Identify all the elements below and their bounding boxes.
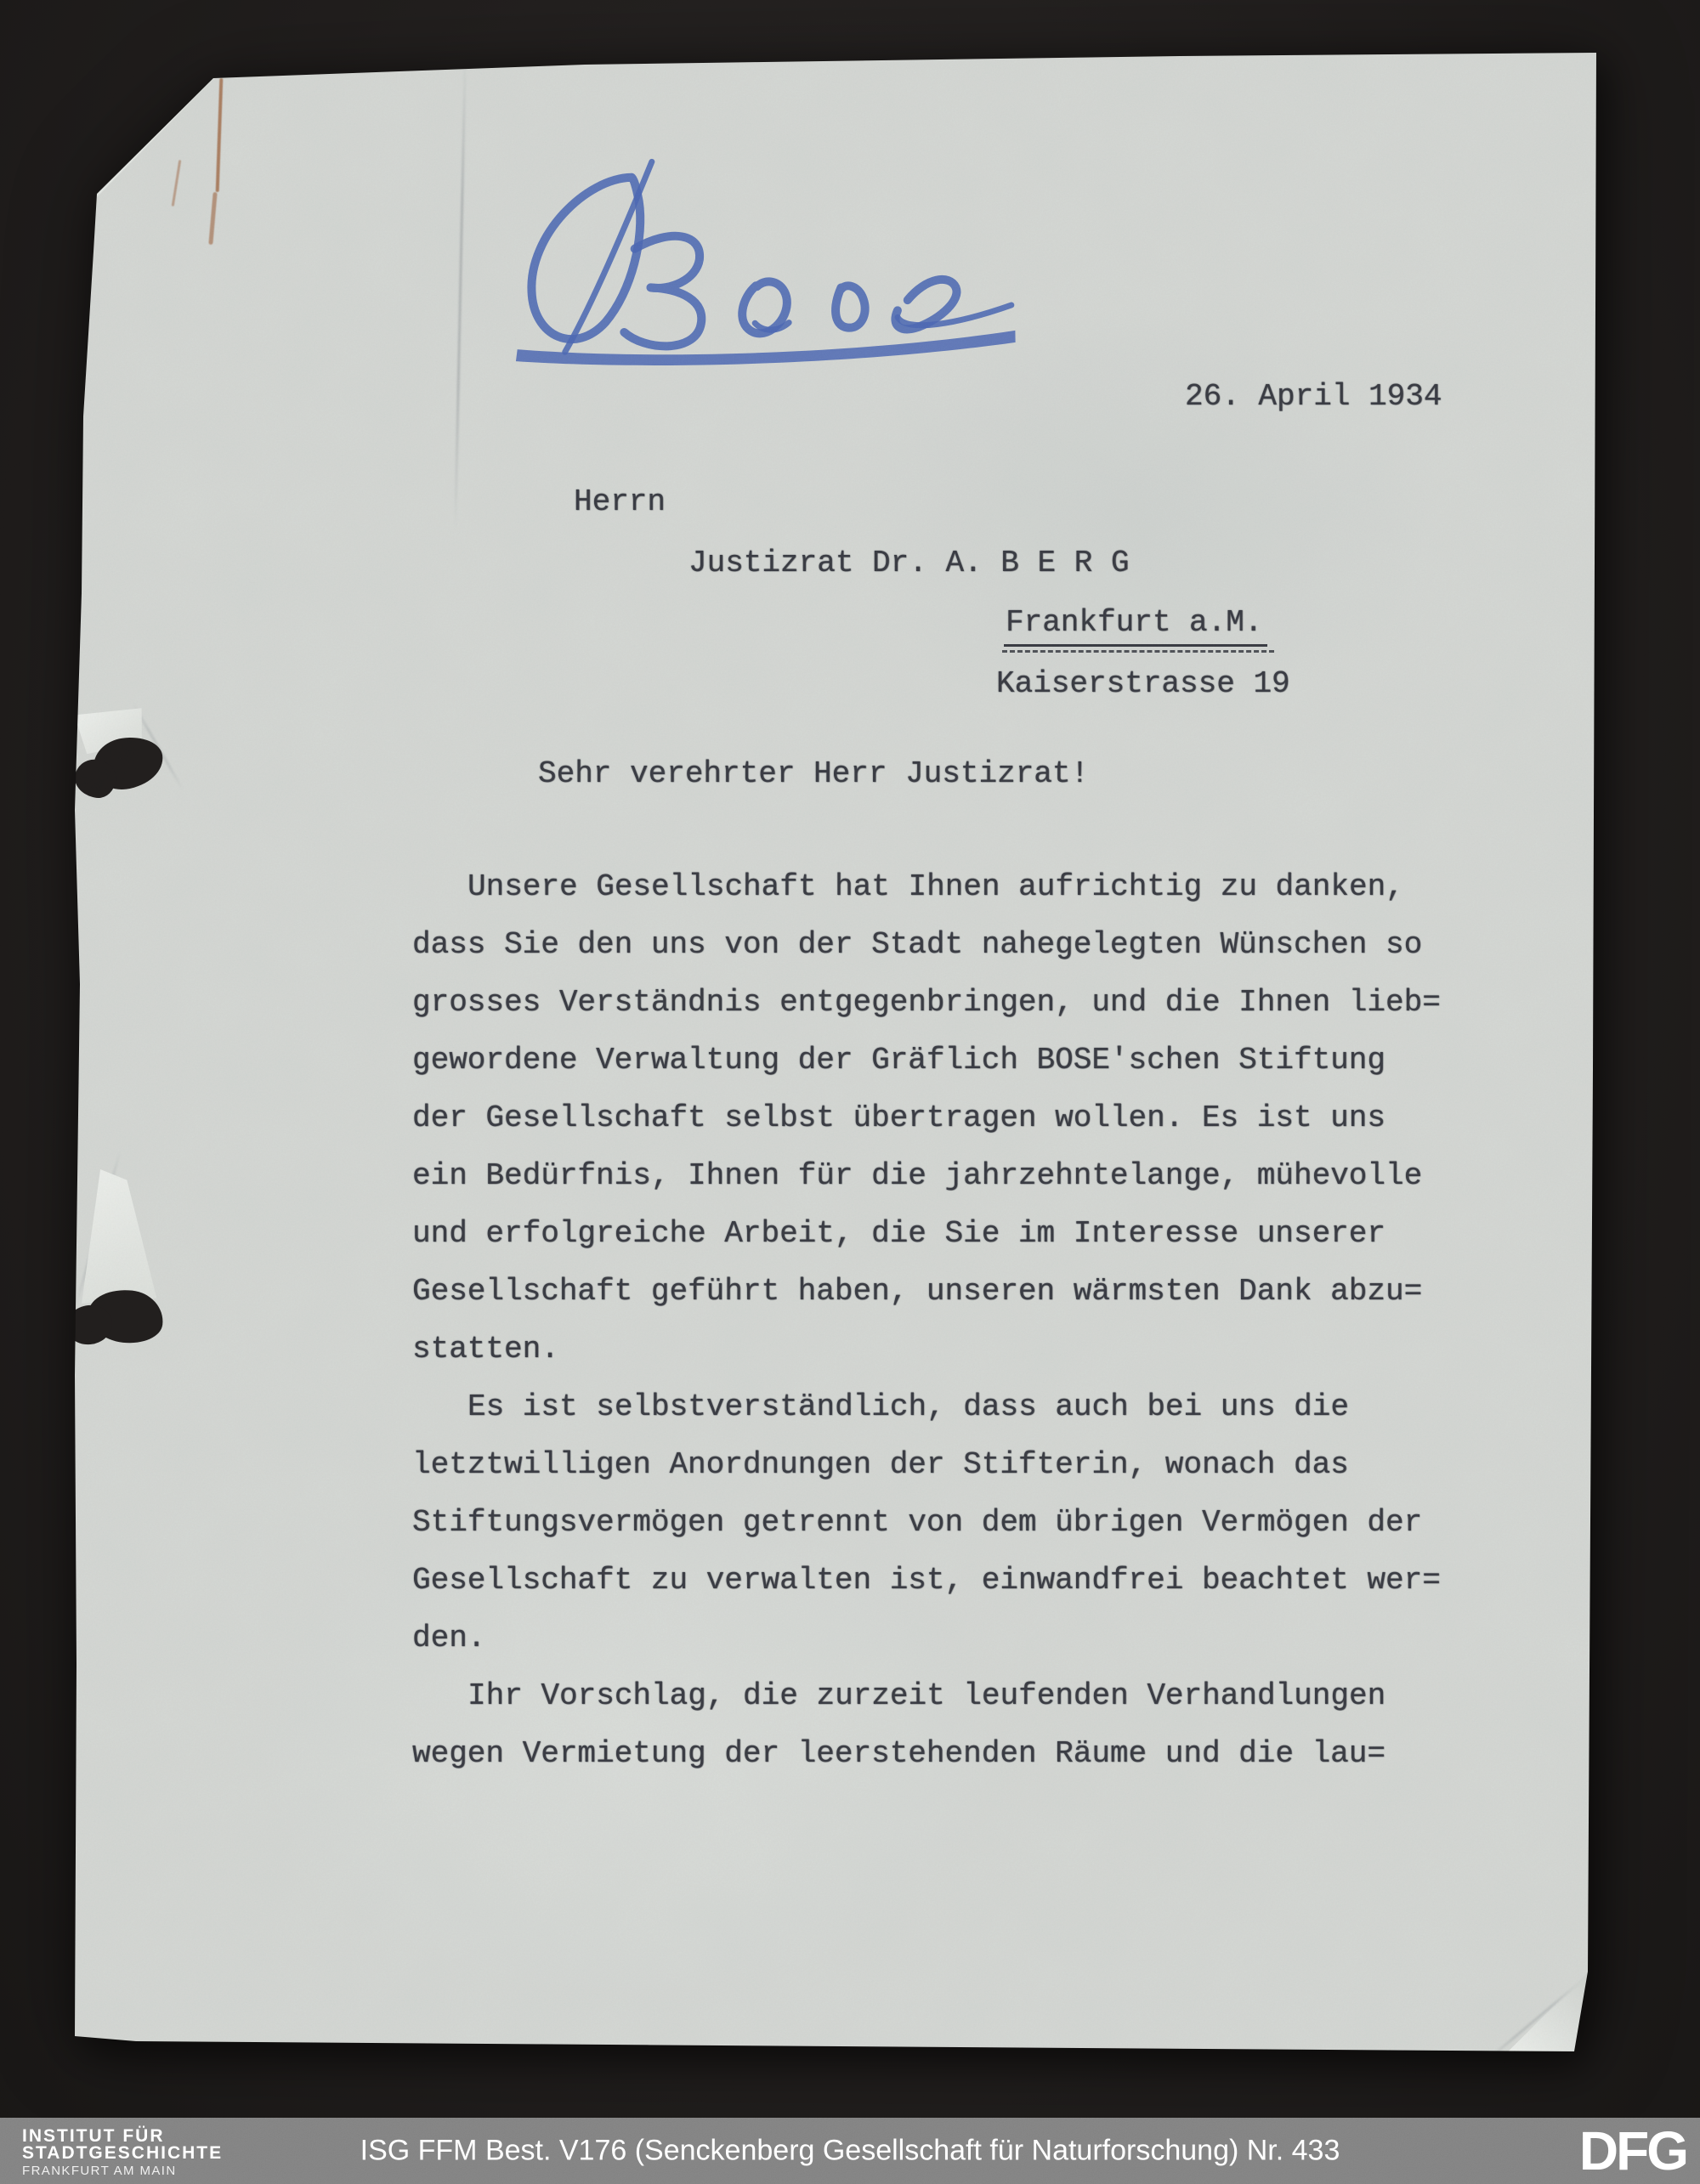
letter-body: Unsere Gesellschaft hat Ihnen aufrichtig… xyxy=(412,858,1441,1783)
letter-line: Ihr Vorschlag, die zurzeit leufenden Ver… xyxy=(412,1667,1441,1725)
institution-logo: INSTITUT FÜR STADTGESCHICHTE FRANKFURT A… xyxy=(22,2128,223,2180)
rust-stain xyxy=(216,78,224,192)
letter-line: und erfolgreiche Arbeit, die Sie im Inte… xyxy=(412,1205,1441,1263)
footer-bar: INSTITUT FÜR STADTGESCHICHTE FRANKFURT A… xyxy=(0,2118,1700,2184)
letter-line: gewordene Verwaltung der Gräflich BOSE's… xyxy=(412,1032,1441,1089)
salutation: Sehr verehrter Herr Justizrat! xyxy=(538,756,1089,791)
rust-stain xyxy=(172,160,182,207)
letter-line: Es ist selbstverständlich, dass auch bei… xyxy=(412,1378,1441,1436)
letter-line: grosses Verständnis entgegenbringen, und… xyxy=(412,974,1441,1032)
tear-flap xyxy=(82,1169,160,1304)
recipient-city-text: Frankfurt a.M. xyxy=(1004,605,1267,647)
letter-line: Stiftungsvermögen getrennt von dem übrig… xyxy=(412,1494,1441,1552)
letter-line: Gesellschaft zu verwalten ist, einwandfr… xyxy=(412,1552,1441,1610)
rust-stain xyxy=(208,192,217,245)
handwritten-annotation-bose xyxy=(502,149,1034,383)
dfg-logo: DFG xyxy=(1579,2119,1686,2182)
institution-line: FRANKFURT AM MAIN xyxy=(22,2163,223,2180)
red-pencil-mark xyxy=(110,93,116,119)
letter-line: dass Sie den uns von der Stadt nahegeleg… xyxy=(412,916,1441,974)
letter-line: wegen Vermietung der leerstehenden Räume… xyxy=(412,1725,1441,1783)
letter-line: Unsere Gesellschaft hat Ihnen aufrichtig… xyxy=(412,858,1441,916)
letter-line: Gesellschaft geführt haben, unseren wärm… xyxy=(412,1263,1441,1321)
folded-corner-bottom-right xyxy=(1491,1961,1589,2055)
folded-corner-top-left xyxy=(93,73,219,201)
letter-line: letztwilligen Anordnungen der Stifterin,… xyxy=(412,1436,1441,1494)
letter-line: ein Bedürfnis, Ihnen für die jahrzehntel… xyxy=(412,1147,1441,1205)
letter-line: statten. xyxy=(412,1321,1441,1378)
scan-background: 26. April 1934 Herrn Justizrat Dr. A. B … xyxy=(0,0,1700,2184)
letter-paper: 26. April 1934 Herrn Justizrat Dr. A. B … xyxy=(75,49,1598,2055)
letter-line: der Gesellschaft selbst übertragen wolle… xyxy=(412,1089,1441,1147)
letter-line: den. xyxy=(412,1610,1441,1667)
red-pencil-mark xyxy=(104,71,110,107)
crease xyxy=(454,54,467,530)
letter-date: 26. April 1934 xyxy=(1185,379,1442,414)
archive-reference: ISG FFM Best. V176 (Senckenberg Gesellsc… xyxy=(360,2135,1340,2168)
institution-line: INSTITUT FÜR xyxy=(22,2128,223,2145)
recipient-city: Frankfurt a.M. xyxy=(1006,605,1267,647)
recipient-herrn: Herrn xyxy=(574,484,666,519)
institution-line: STADTGESCHICHTE xyxy=(22,2145,223,2162)
recipient-street: Kaiserstrasse 19 xyxy=(996,666,1290,701)
recipient-name: Justizrat Dr. A. B E R G xyxy=(688,546,1129,580)
